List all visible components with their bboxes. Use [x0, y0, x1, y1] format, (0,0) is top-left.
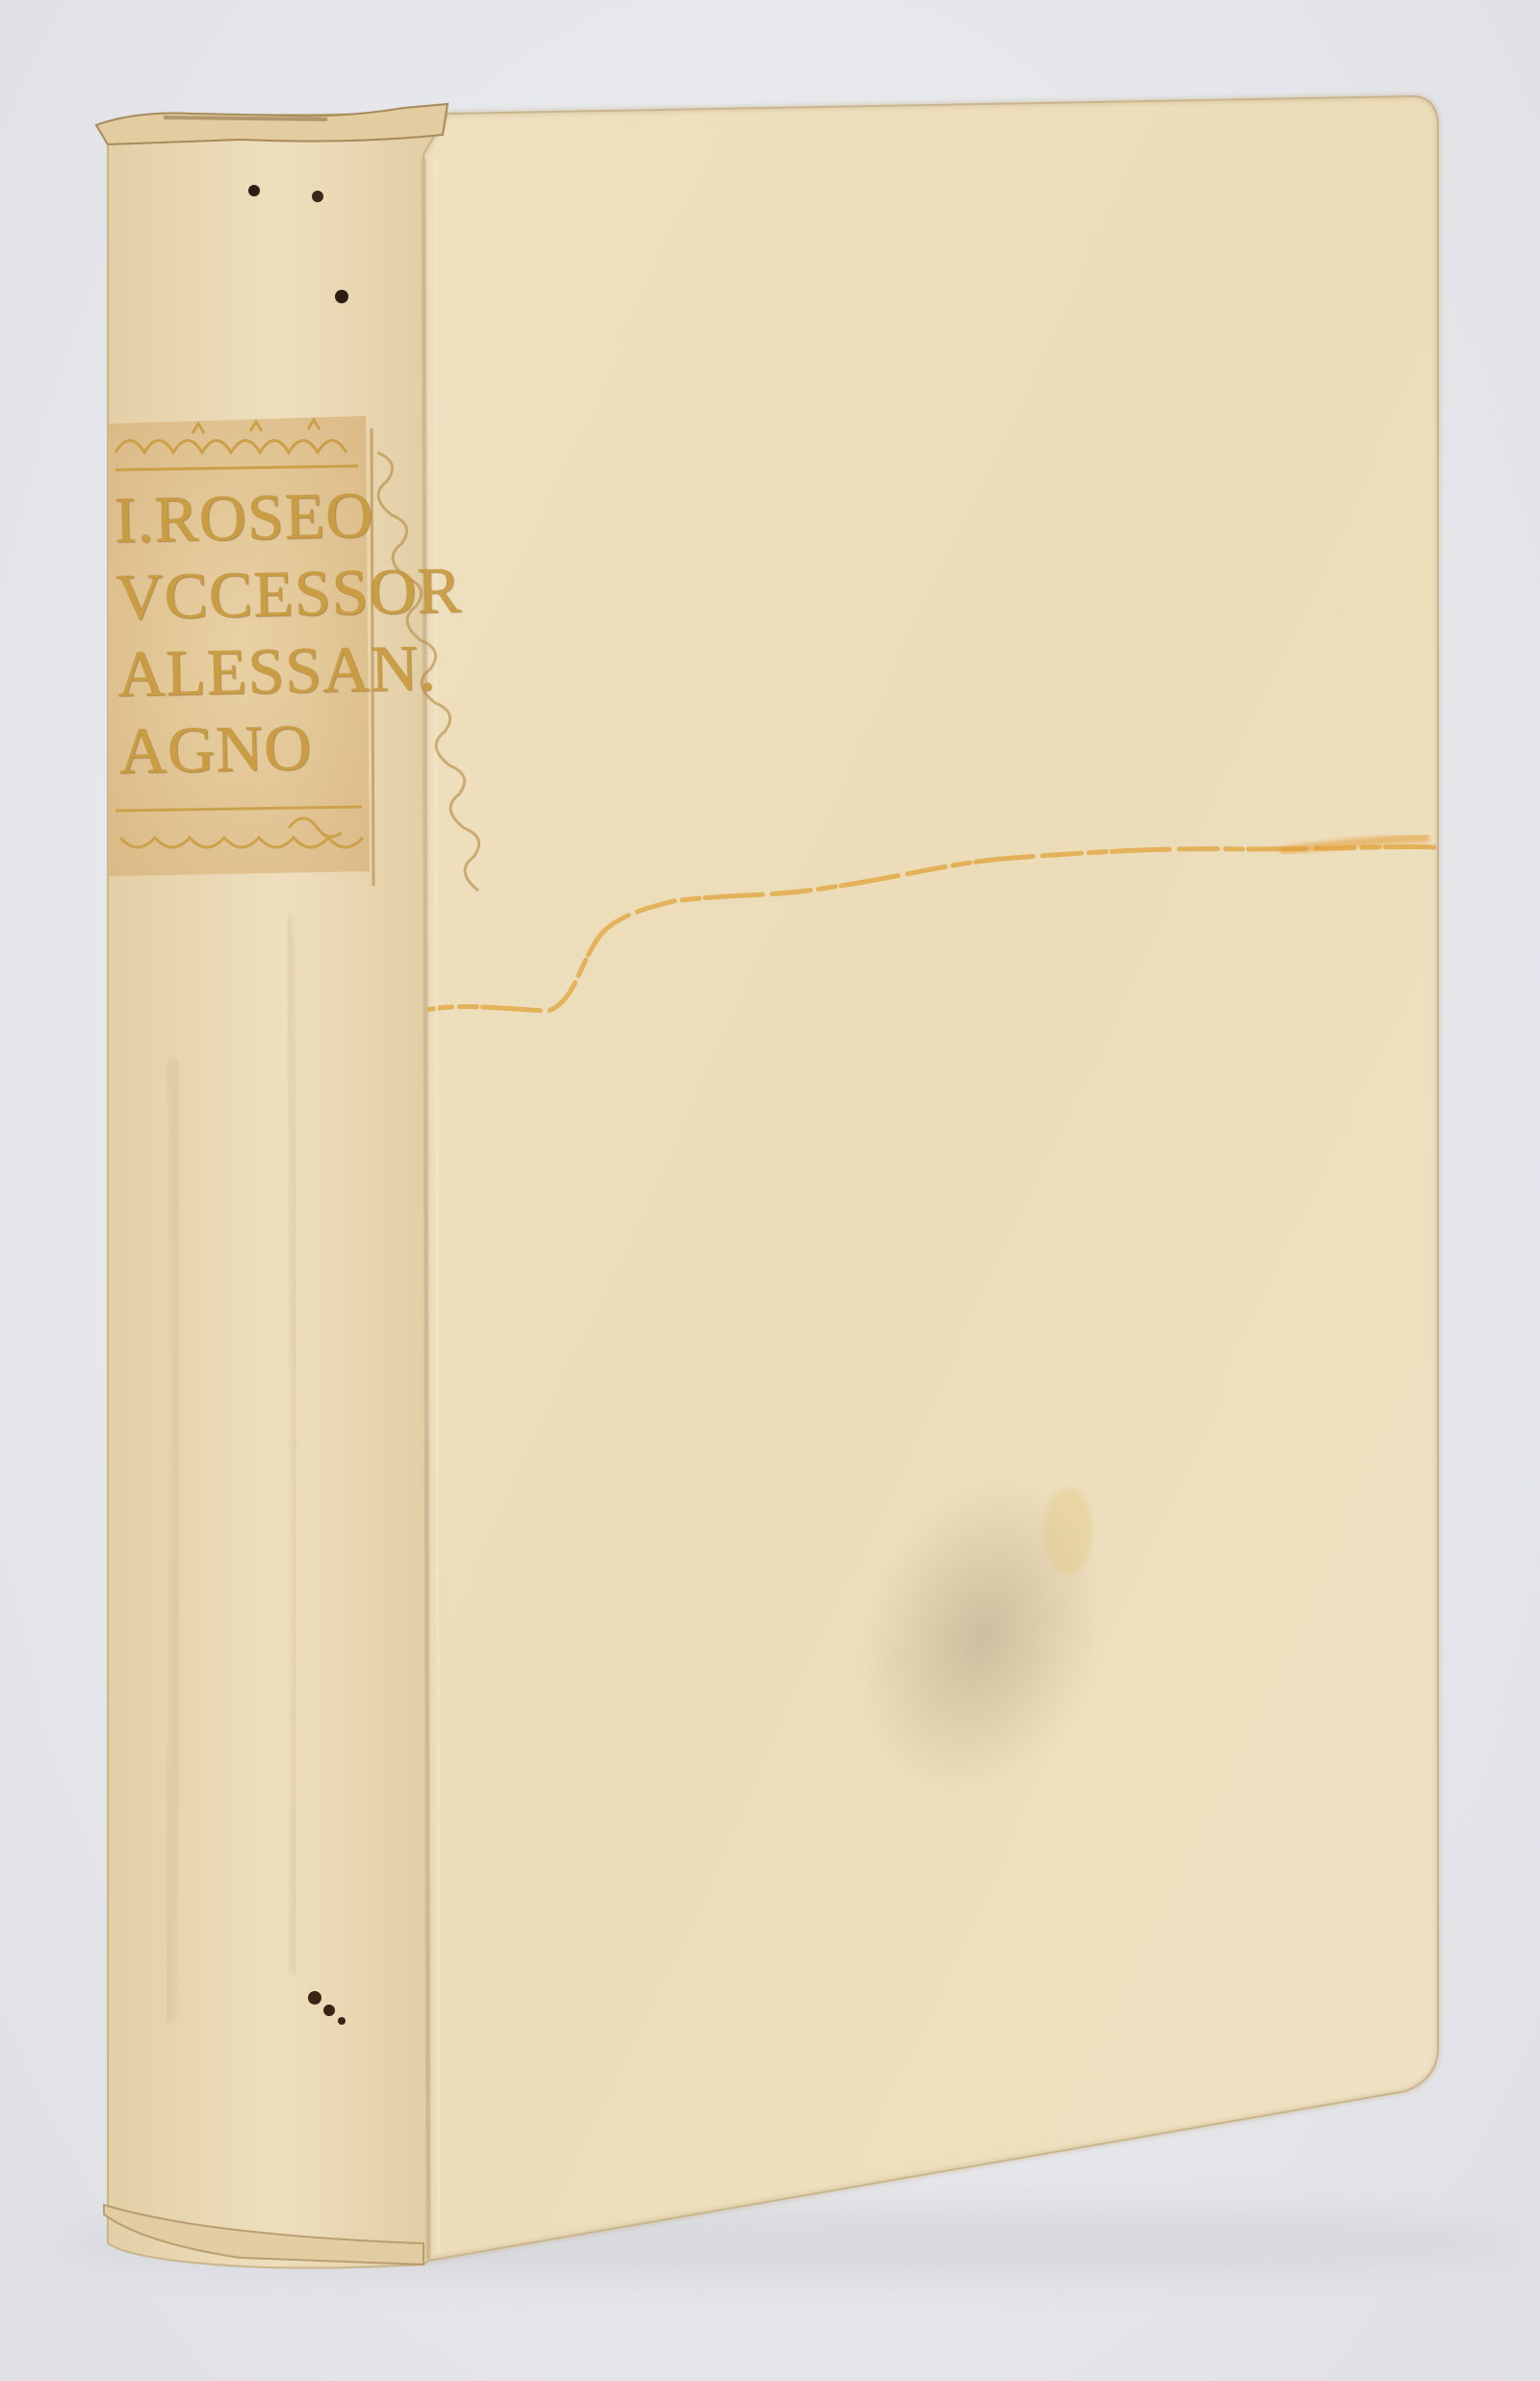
wormhole [312, 191, 323, 202]
wormhole [323, 2005, 335, 2016]
spine-headcap [96, 104, 448, 144]
spine-label-text: I.ROSEO VCCESSOR ALESSAN. AGNO [114, 476, 399, 789]
wormhole [338, 2017, 346, 2025]
spine-label-line-3: ALESSAN. [116, 630, 398, 712]
wormhole [248, 185, 260, 196]
photo-scene: I.ROSEO VCCESSOR ALESSAN. AGNO [0, 0, 1540, 2381]
wormhole [335, 290, 348, 303]
wormhole [308, 1991, 321, 2005]
vellum-book [0, 0, 1540, 2381]
front-cover [423, 96, 1438, 2261]
spine-label-line-1: I.ROSEO [114, 476, 395, 558]
spine-label-line-2: VCCESSOR [115, 553, 397, 635]
spine-label-line-4: AGNO [118, 707, 399, 789]
